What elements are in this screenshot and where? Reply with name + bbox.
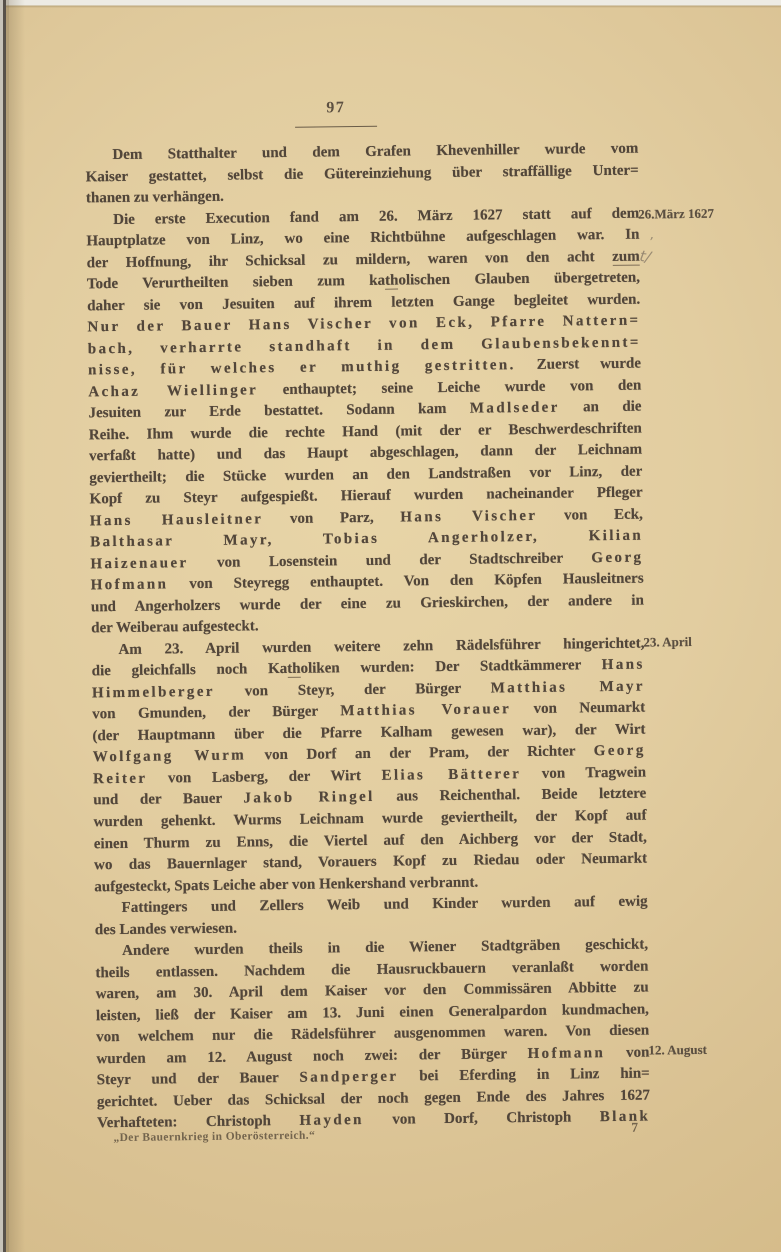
- text-segment: Tode Verurtheilten sieben zum ka: [87, 273, 385, 293]
- text-segment: wo das Bauernlager stand, Vorauers Kopf …: [94, 851, 647, 874]
- spaced-name-text: Hayden: [299, 1112, 364, 1129]
- text-segment: von Lasberg, der Wirt: [147, 768, 381, 787]
- text-segment: olischen Glauben übergetreten,: [398, 270, 640, 289]
- spaced-name-text: Balthasar Mayr, Tobias Angerholzer, Kili…: [90, 528, 643, 551]
- text-segment: von Eck,: [537, 506, 643, 523]
- spaced-name-text: Elias Bätterer: [381, 766, 521, 784]
- spaced-name-text: Madlseder: [470, 400, 560, 417]
- text-segment: Andere wurden theils in die Wiener Stadt…: [122, 937, 648, 959]
- text-segment: und Angerholzers wurde der eine zu Gries…: [91, 592, 644, 615]
- text-segment: der Hoffnung, ihr Schicksal zu mildern, …: [87, 249, 613, 271]
- text-segment: Die erste Execution fand am 26. März 162…: [113, 205, 639, 227]
- text-segment: (der Hauptmann über die Pfarre Kalham ge…: [92, 721, 645, 744]
- text-segment: Dem Statthalter und dem Grafen Khevenhil…: [112, 141, 638, 163]
- text-segment: Am 23. April wurden weitere zehn Rädelsf…: [118, 635, 644, 657]
- spaced-name-text: Achaz Wiellinger: [88, 382, 258, 400]
- text-segment: von Steyr, der Bürger: [215, 680, 491, 699]
- text-segment: enthauptet; seine Leiche wurde von den: [258, 377, 641, 398]
- margin-note-12-august: 12. August: [648, 1042, 707, 1059]
- text-segment: Reihe. Ihm wurde die rechte Hand (mit de…: [89, 420, 642, 443]
- text-segment: oliken wurden: Der Stadtkämmerer: [300, 657, 601, 677]
- text-segment: von Parz,: [263, 509, 400, 527]
- text-segment: geviertheilt; die Stücke wurden an den L…: [89, 463, 642, 486]
- pencil-underlined-text: th: [385, 273, 399, 290]
- spaced-name-text: Matthias Mayr: [491, 678, 645, 696]
- text-segment: gerichtet. Ueber das Schicksal der noch …: [97, 1087, 650, 1110]
- text-segment: wurden am 12. August noch zwei: der Bürg…: [96, 1046, 527, 1067]
- spaced-name-text: Hofmann: [91, 577, 169, 594]
- spaced-name-text: Wolfgang Wurm: [93, 748, 247, 766]
- text-segment: von: [605, 1044, 649, 1061]
- text-segment: daher sie von Jesuiten auf ihrem letzten…: [87, 291, 640, 314]
- page-content: 97 Dem Statthalter und dem Grafen Kheven…: [0, 0, 781, 1252]
- text-segment: aufgesteckt, Spats Leiche aber von Henke…: [94, 874, 478, 895]
- text-segment: Fattingers und Zellers Weib und Kinder w…: [122, 894, 648, 916]
- text-segment: thanen zu verhängen.: [86, 189, 224, 207]
- spaced-name-text: Nur der Bauer Hans Vischer von Eck, Pfar…: [87, 313, 640, 336]
- text-segment: bei Eferding in Linz hin=: [398, 1066, 649, 1085]
- text-segment: von Steyregg enthauptet. Von den Köpfen …: [168, 571, 644, 593]
- text-segment: Hauptplatze von Linz, wo eine Richtbühne…: [86, 227, 639, 250]
- text-segment: von Dorf, Christoph: [364, 1109, 600, 1128]
- spaced-name-text: Hans: [602, 657, 645, 674]
- text-segment: an die: [560, 399, 642, 416]
- text-segment: und der Bauer: [93, 791, 243, 809]
- spaced-name-text: Jakob Ringel: [243, 789, 374, 807]
- spaced-name-text: Hans Vischer: [400, 508, 537, 526]
- spaced-name-text: Georg: [594, 743, 646, 760]
- text-segment: Steyr und der Bauer: [97, 1070, 300, 1088]
- text-segment: von Neumarkt: [511, 700, 645, 718]
- text-segment: Verhafteten: Christoph: [97, 1113, 299, 1131]
- pencil-mark-annotation: t/: [638, 247, 652, 267]
- page-number: 97: [296, 99, 376, 118]
- spaced-name-text: Hofmann: [527, 1045, 605, 1062]
- text-segment: der Weiberau aufgesteckt.: [91, 619, 259, 637]
- text-segment: einen Thurm zu Enns, die Viertel auf den…: [94, 829, 647, 852]
- text-segment: die gleichfalls noch Ka: [92, 661, 288, 679]
- spaced-name-text: Matthias Vorauer: [340, 702, 511, 720]
- text-block: Dem Statthalter und dem Grafen Khevenhil…: [85, 139, 650, 1135]
- spaced-name-text: nisse, für welches er muthig gestritten.: [88, 357, 516, 378]
- footer-book-title: „Der Bauernkrieg in Oberösterreich.“: [113, 1130, 315, 1144]
- spaced-name-text: Hans Hausleitner: [90, 511, 264, 529]
- text-segment: verfaßt hatte) und das Haupt abgeschlage…: [89, 442, 642, 465]
- spaced-name-text: Reiter: [93, 771, 148, 788]
- pencil-underlined-text: th: [287, 661, 301, 678]
- text-segment: von Losenstein und der Stadtschreiber: [188, 550, 591, 571]
- spaced-name-text: Himmelberger: [92, 684, 215, 702]
- text-segment: Kaiser gestattet, selbst die Gütereinzie…: [86, 162, 639, 185]
- margin-note-23-april: 23. April: [643, 634, 692, 651]
- text-segment: von Gmunden, der Bürger: [92, 704, 340, 723]
- text-segment: Jesuiten zur Erde bestattet. Sodann kam: [88, 401, 469, 422]
- margin-note-26-maerz-1627: 26.März 1627: [638, 206, 714, 223]
- spaced-name-text: Blank: [600, 1109, 651, 1126]
- text-segment: waren, am 30. April dem Kaiser vor den C…: [96, 980, 649, 1003]
- text-segment: Zuerst wurde: [516, 356, 641, 374]
- spaced-name-text: Haizenauer: [90, 555, 188, 572]
- text-segment: wurden gehenkt. Wurms Leichnam wurde gev…: [93, 808, 646, 831]
- footer-signature-number: 7: [631, 1120, 638, 1136]
- text-segment: des Landes verwiesen.: [95, 920, 237, 938]
- text-segment: theils entlassen. Nachdem die Hausruckba…: [95, 958, 648, 981]
- text-segment: von Dorf an der Pram, der Richter: [246, 744, 594, 764]
- text-segment: von welchem nur die Rädelsführer ausgeno…: [96, 1023, 649, 1046]
- text-segment: von Tragwein: [521, 765, 646, 783]
- text-segment: aus Reichenthal. Beide letztere: [375, 786, 647, 805]
- spaced-name-text: bach, verharrte standhaft in dem Glauben…: [88, 334, 641, 357]
- page-number-rule: [295, 126, 377, 128]
- pencil-underlined-text: zum: [612, 248, 640, 265]
- spaced-name-text: Georg: [591, 549, 643, 566]
- text-segment: leisten, ließ der Kaiser am 13. Juni ein…: [96, 1001, 649, 1024]
- spaced-name-text: Sandperger: [299, 1069, 398, 1086]
- text-segment: Kopf zu Steyr aufgespießt. Hierauf wurde…: [90, 485, 643, 508]
